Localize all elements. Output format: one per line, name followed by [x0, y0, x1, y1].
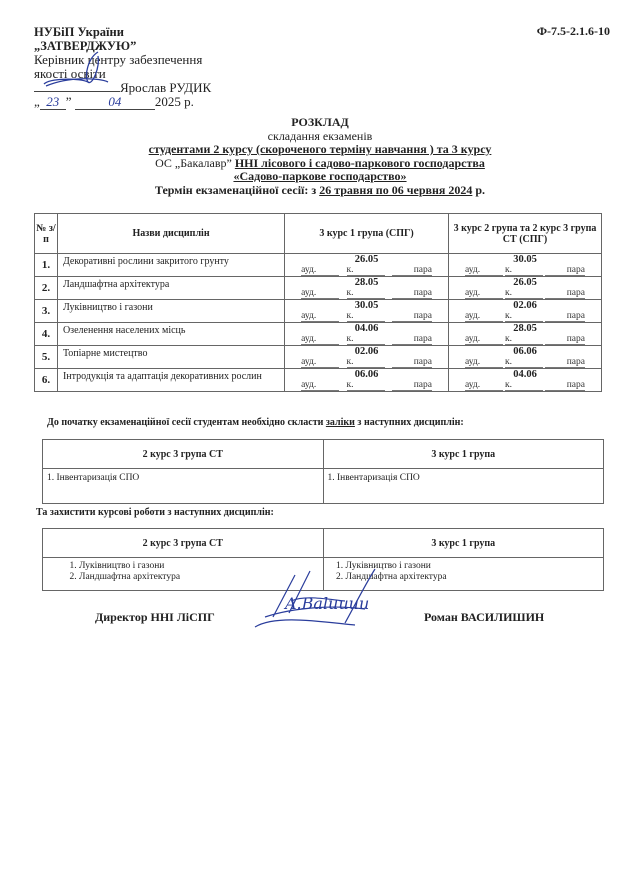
- pair-label: пара: [392, 265, 432, 276]
- building-label: к.: [347, 380, 385, 391]
- exam-date: 28.05: [285, 277, 448, 288]
- students-line: студентами 2 курсу (скороченого терміну …: [0, 143, 640, 157]
- table-row: 5.Топіарне мистецтво02.06ауд.к.пара06.06…: [35, 346, 602, 369]
- building-label: к.: [347, 265, 385, 276]
- pair-label: пара: [545, 265, 585, 276]
- exam-date: 02.06: [449, 300, 601, 311]
- building-label: к.: [505, 311, 543, 322]
- exam-date: 06.06: [449, 346, 601, 357]
- coursework-intro: Та захистити курсові роботи з наступних …: [36, 507, 274, 518]
- approval-date: „23” 042025 р.: [34, 95, 211, 110]
- exam-slot-group2: 30.05ауд.к.пара: [449, 254, 602, 277]
- exam-slot-group1: 28.05ауд.к.пара: [285, 277, 449, 300]
- room-label: ауд.: [465, 288, 503, 299]
- exam-date: 26.05: [285, 254, 448, 265]
- row-number: 6.: [35, 369, 58, 392]
- date-year: 2025 р.: [155, 94, 194, 109]
- row-number: 2.: [35, 277, 58, 300]
- pair-label: пара: [545, 288, 585, 299]
- room-label: ауд.: [465, 334, 503, 345]
- exam-slot-group2: 06.06ауд.к.пара: [449, 346, 602, 369]
- row-number: 4.: [35, 323, 58, 346]
- table-row: 1.Декоративні рослини закритого грунту26…: [35, 254, 602, 277]
- institute-line: ОС „Бакалавр” ННІ лісового і садово-парк…: [0, 157, 640, 171]
- pair-label: пара: [392, 380, 432, 391]
- document-title: РОЗКЛАД: [0, 116, 640, 130]
- discipline-name: Ландшафтна архітектура: [57, 277, 284, 300]
- discipline-name: Топіарне мистецтво: [57, 346, 284, 369]
- building-label: к.: [347, 357, 385, 368]
- exam-slot-group1: 26.05ауд.к.пара: [285, 254, 449, 277]
- date-month: 04: [75, 95, 155, 110]
- credits-intro: До початку екзаменаційної сесії студента…: [47, 417, 464, 428]
- building-label: к.: [505, 380, 543, 391]
- credits-col2-item: 1. Інвентаризація СПО: [323, 469, 604, 504]
- exam-date: 28.05: [449, 323, 601, 334]
- pair-label: пара: [545, 380, 585, 391]
- coursework-col1-header: 2 курс 3 група СТ: [43, 529, 324, 558]
- exam-slot-group2: 28.05ауд.к.пара: [449, 323, 602, 346]
- room-label: ауд.: [465, 265, 503, 276]
- exam-slot-group1: 30.05ауд.к.пара: [285, 300, 449, 323]
- building-label: к.: [505, 265, 543, 276]
- room-label: ауд.: [301, 265, 339, 276]
- building-label: к.: [505, 357, 543, 368]
- room-label: ауд.: [465, 311, 503, 322]
- pair-label: пара: [392, 311, 432, 322]
- exam-slot-group2: 02.06ауд.к.пара: [449, 300, 602, 323]
- exam-date: 26.05: [449, 277, 601, 288]
- exam-slot-group1: 06.06ауд.к.пара: [285, 369, 449, 392]
- director-signature: A.Вaluuuu: [255, 565, 405, 640]
- credits-col1-item: 1. Інвентаризація СПО: [43, 469, 324, 504]
- exam-schedule-table: № з/п Назви дисциплін 3 курс 1 група (СП…: [34, 213, 602, 392]
- pair-label: пара: [545, 357, 585, 368]
- date-day: 23: [40, 95, 66, 110]
- building-label: к.: [347, 288, 385, 299]
- exam-date: 30.05: [449, 254, 601, 265]
- exam-date: 04.06: [449, 369, 601, 380]
- header-number: № з/п: [35, 214, 58, 254]
- room-label: ауд.: [301, 334, 339, 345]
- institution: НУБіП України: [34, 25, 211, 39]
- table-row: 6.Інтродукція та адаптація декоративних …: [35, 369, 602, 392]
- building-label: к.: [347, 334, 385, 345]
- row-number: 3.: [35, 300, 58, 323]
- building-label: к.: [505, 334, 543, 345]
- table-header-row: № з/п Назви дисциплін 3 курс 1 група (СП…: [35, 214, 602, 254]
- exam-date: 30.05: [285, 300, 448, 311]
- discipline-name: Озеленення населених місць: [57, 323, 284, 346]
- exam-slot-group2: 04.06ауд.к.пара: [449, 369, 602, 392]
- pair-label: пара: [545, 311, 585, 322]
- table-row: 3.Луківництво і газони30.05ауд.к.пара02.…: [35, 300, 602, 323]
- room-label: ауд.: [301, 288, 339, 299]
- building-label: к.: [505, 288, 543, 299]
- room-label: ауд.: [465, 380, 503, 391]
- room-label: ауд.: [301, 311, 339, 322]
- credits-col2-header: 3 курс 1 група: [323, 440, 604, 469]
- room-label: ауд.: [301, 357, 339, 368]
- credits-table: 2 курс 3 група СТ3 курс 1 група 1. Інвен…: [42, 439, 604, 504]
- approver-signature: [40, 48, 110, 93]
- credits-col1-header: 2 курс 3 група СТ: [43, 440, 324, 469]
- header-group2: 3 курс 2 група та 2 курс 3 група СТ (СПГ…: [449, 214, 602, 254]
- row-number: 5.: [35, 346, 58, 369]
- building-label: к.: [347, 311, 385, 322]
- pair-label: пара: [545, 334, 585, 345]
- exam-date: 02.06: [285, 346, 448, 357]
- table-row: 4.Озеленення населених місць04.06ауд.к.п…: [35, 323, 602, 346]
- pair-label: пара: [392, 357, 432, 368]
- pair-label: пара: [392, 288, 432, 299]
- exam-date: 06.06: [285, 369, 448, 380]
- room-label: ауд.: [301, 380, 339, 391]
- director-title: Директор ННІ ЛіСПГ: [95, 610, 215, 625]
- specialty-line: «Садово-паркове господарство»: [0, 170, 640, 184]
- exam-slot-group1: 04.06ауд.к.пара: [285, 323, 449, 346]
- session-term: Термін екзаменаційної сесії: з 26 травня…: [0, 184, 640, 198]
- exam-slot-group1: 02.06ауд.к.пара: [285, 346, 449, 369]
- header-discipline: Назви дисциплін: [57, 214, 284, 254]
- discipline-name: Інтродукція та адаптація декоративних ро…: [57, 369, 284, 392]
- coursework-col2-header: 3 курс 1 група: [323, 529, 604, 558]
- room-label: ауд.: [465, 357, 503, 368]
- document-title-block: РОЗКЛАД складання екзаменів студентами 2…: [0, 116, 640, 197]
- exam-date: 04.06: [285, 323, 448, 334]
- header-group1: 3 курс 1 група (СПГ): [285, 214, 449, 254]
- svg-text:A.Вaluuuu: A.Вaluuuu: [283, 594, 369, 613]
- approver-name: Ярослав РУДИК: [120, 80, 211, 95]
- form-code: Ф-7.5-2.1.6-10: [537, 24, 610, 39]
- pair-label: пара: [392, 334, 432, 345]
- document-subtitle: складання екзаменів: [0, 130, 640, 144]
- director-name: Роман ВАСИЛИШИН: [424, 610, 544, 625]
- exam-slot-group2: 26.05ауд.к.пара: [449, 277, 602, 300]
- discipline-name: Декоративні рослини закритого грунту: [57, 254, 284, 277]
- row-number: 1.: [35, 254, 58, 277]
- discipline-name: Луківництво і газони: [57, 300, 284, 323]
- table-row: 2.Ландшафтна архітектура28.05ауд.к.пара2…: [35, 277, 602, 300]
